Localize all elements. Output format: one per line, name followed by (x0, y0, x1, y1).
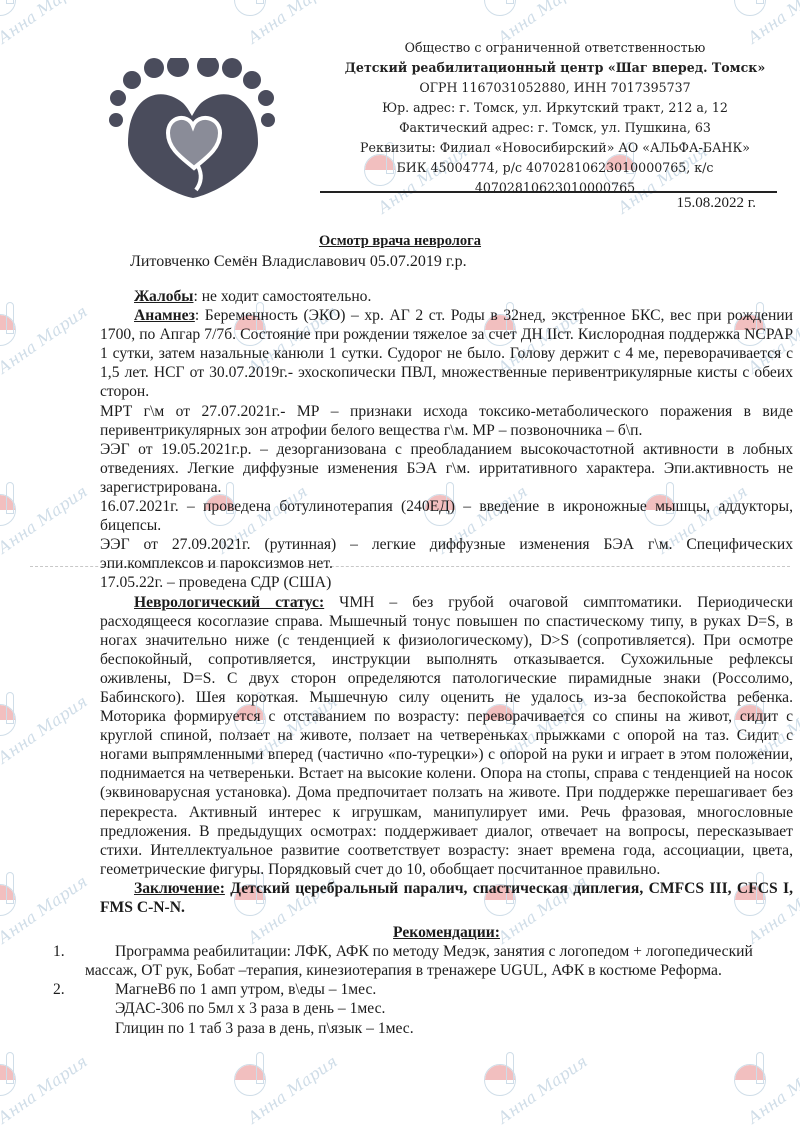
recommendation-item: Глицин по 1 таб 3 раза в день, п\язык – … (100, 1019, 793, 1038)
recommendations-title: Рекомендации: (100, 923, 793, 942)
recommendations-list: 1.Программа реабилитации: ЛФК, АФК по ме… (100, 942, 793, 1037)
neuro-status-paragraph: Неврологический статус: ЧМН – без грубой… (100, 593, 793, 879)
conclusion-label: Заключение: (134, 880, 225, 897)
anamnesis-label: Анамнез (134, 307, 195, 324)
watermark-logo-icon: Анна Мария (0, 300, 40, 360)
document-body: Жалобы: не ходит самостоятельно. Анамнез… (117, 287, 793, 1038)
neuro-status-text: ЧМН – без грубой очаговой симптоматики. … (100, 594, 793, 878)
actual-address: Фактический адрес: г. Томск, ул. Пушкина… (335, 118, 775, 138)
complaints-label: Жалобы (134, 288, 193, 305)
watermark-logo-icon: Анна Мария (0, 870, 40, 930)
recommendation-item: 2.МагнеВ6 по 1 амп утром, в\еды – 1мес. (85, 980, 765, 999)
legal-address: Юр. адрес: г. Томск, ул. Иркутский тракт… (335, 98, 775, 118)
complaints-text: : не ходит самостоятельно. (193, 288, 371, 305)
anamnesis-text: : Беременность (ЭКО) – хр. АГ 2 ст. Роды… (100, 307, 793, 400)
recommendation-number: 1. (53, 942, 115, 961)
history-item: 17.05.22г. – проведена СДР (США) (100, 573, 793, 592)
watermark-logo-icon: Анна Мария (730, 0, 790, 30)
neuro-status-label: Неврологический статус: (134, 594, 324, 611)
conclusion-paragraph: Заключение: Детский церебральный паралич… (100, 879, 793, 917)
history-item: ЭЭГ от 27.09.2021г. (рутинная) – легкие … (100, 535, 793, 573)
ogrn-inn: ОГРН 1167031052880, ИНН 7017395737 (335, 78, 775, 98)
history-item: 16.07.2021г. – проведена ботулинотерапия… (100, 497, 793, 535)
history-item: МРТ г\м от 27.07.2021г.- МР – признаки и… (100, 402, 793, 440)
org-type: Общество с ограниченной ответственностью (335, 38, 775, 58)
header-divider (320, 191, 777, 193)
watermark-logo-icon: Анна Мария (480, 1050, 540, 1110)
organization-header: Общество с ограниченной ответственностью… (335, 38, 775, 198)
baby-feet-heart-logo-icon (108, 58, 278, 198)
watermark-logo-icon: Анна Мария (730, 1050, 790, 1110)
recommendation-number: 2. (53, 980, 115, 999)
anamnesis-paragraph: Анамнез: Беременность (ЭКО) – хр. АГ 2 с… (100, 306, 793, 401)
watermark-logo-icon: Анна Мария (0, 480, 40, 540)
recommendation-text: МагнеВ6 по 1 амп утром, в\еды – 1мес. (115, 981, 376, 998)
watermark-logo-icon: Анна Мария (480, 0, 540, 30)
complaints-paragraph: Жалобы: не ходит самостоятельно. (117, 287, 793, 306)
watermark-logo-icon: Анна Мария (0, 0, 40, 30)
watermark-logo-icon: Анна Мария (0, 1050, 40, 1110)
recommendation-text: Программа реабилитации: ЛФК, АФК по мето… (85, 943, 753, 979)
history-item: ЭЭГ от 19.05.2021г.р. – дезорганизована … (100, 440, 793, 497)
document-title: Осмотр врача невролога (0, 233, 800, 250)
recommendation-item: ЭДАС-306 по 5мл х 3 раза в день – 1мес. (100, 999, 793, 1018)
watermark-logo-icon: Анна Мария (230, 0, 290, 30)
watermark-logo-icon: Анна Мария (0, 690, 40, 750)
bank-details: Реквизиты: Филиал «Новосибирский» АО «АЛ… (335, 138, 775, 158)
recommendation-item: 1.Программа реабилитации: ЛФК, АФК по ме… (85, 942, 765, 980)
patient-info: Литовченко Семён Владиславович 05.07.201… (130, 253, 467, 271)
history-list: МРТ г\м от 27.07.2021г.- МР – признаки и… (100, 402, 793, 593)
org-name: Детский реабилитационный центр «Шаг впер… (335, 58, 775, 78)
document-date: 15.08.2022 г. (677, 195, 756, 212)
watermark-logo-icon: Анна Мария (230, 1050, 290, 1110)
